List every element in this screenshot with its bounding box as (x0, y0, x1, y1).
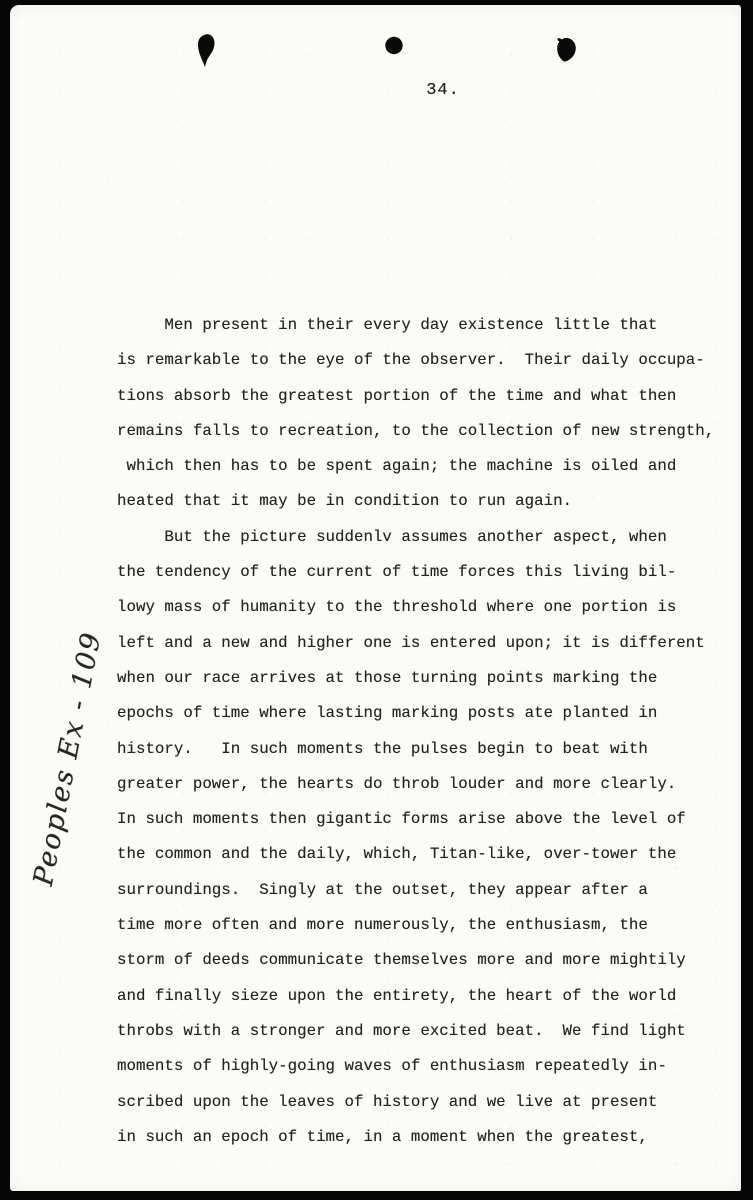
ink-blob-left-icon (198, 34, 215, 67)
paper-sheet: 34. Peoples Ex - 109 Men present in thei… (10, 5, 741, 1191)
ink-dot-center-icon (385, 37, 402, 54)
page-number: 34. (426, 81, 460, 100)
ink-blob-right-icon (557, 38, 576, 62)
scanned-page-frame: 34. Peoples Ex - 109 Men present in thei… (0, 0, 753, 1200)
typewritten-body-text: Men present in their every day existence… (117, 308, 727, 1155)
ink-marks (160, 23, 620, 83)
exhibit-stamp-handwriting: Peoples Ex - 109 (20, 589, 130, 932)
